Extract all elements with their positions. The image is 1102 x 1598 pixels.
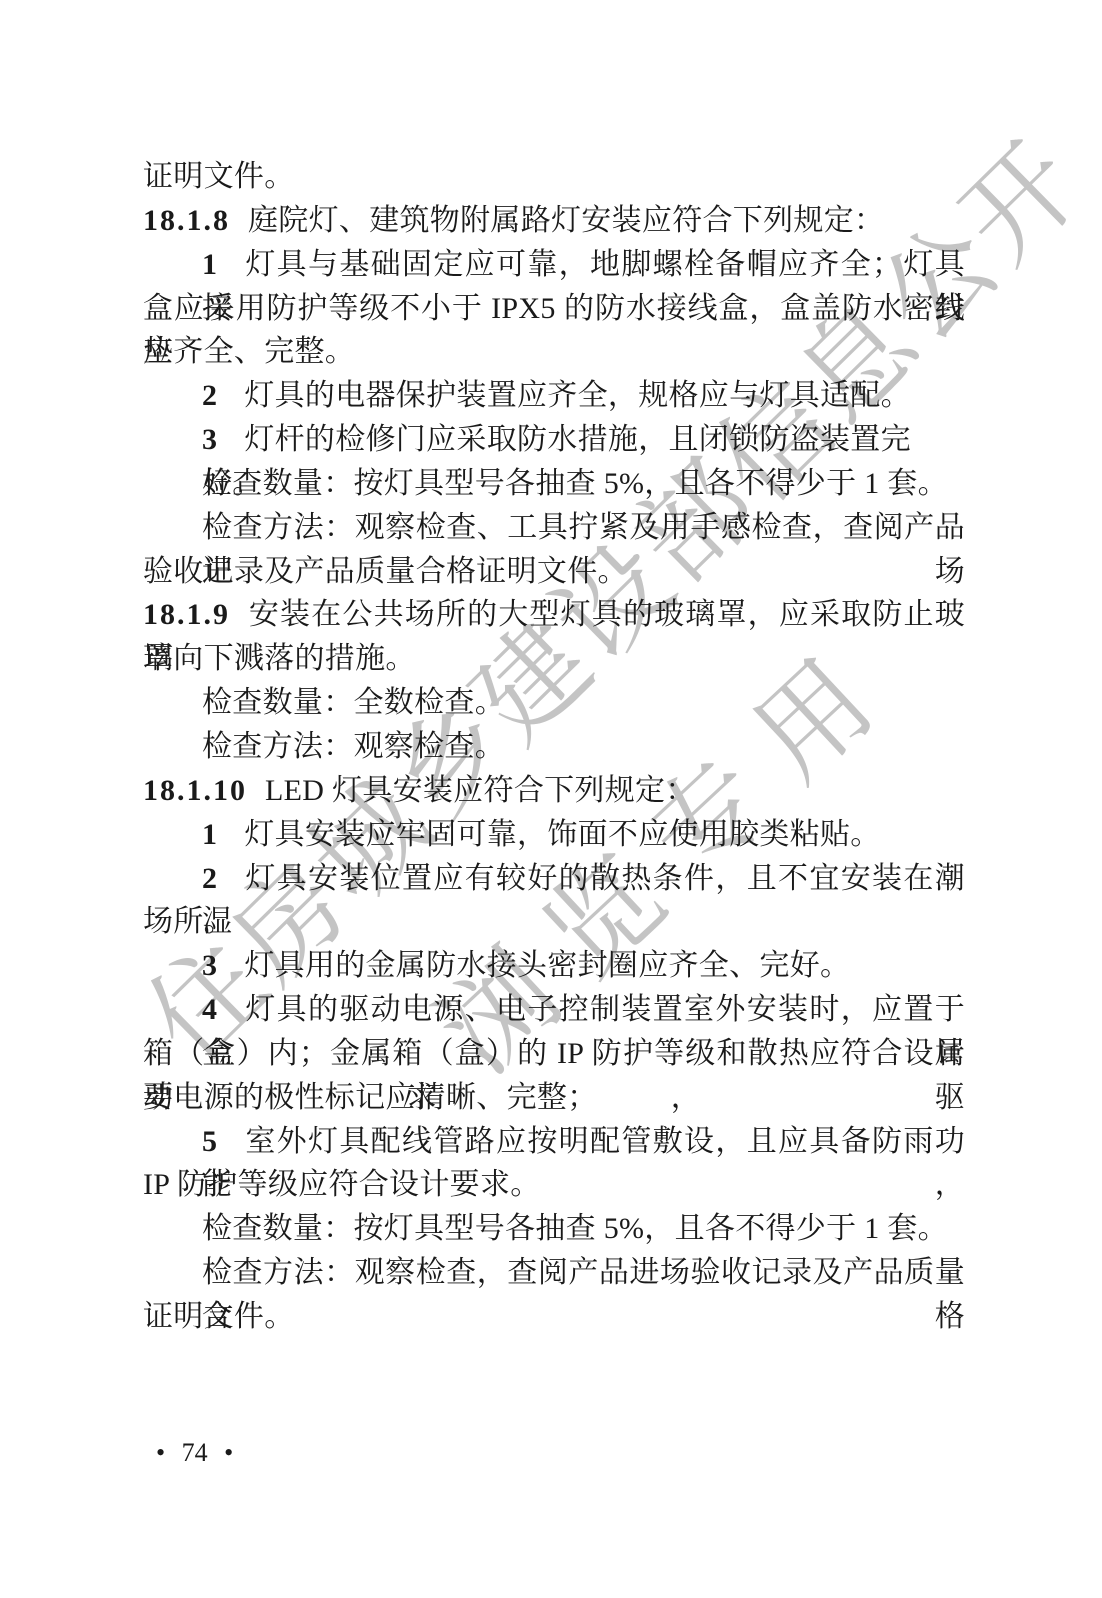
- text-line: 检查方法：观察检查、工具拧紧及用手感检查，查阅产品进场: [143, 506, 965, 550]
- text-line: 盒应采用防护等级不小于 IPX5 的防水接线盒，盒盖防水密封垫: [143, 287, 965, 331]
- item-line: 5室外灯具配线管路应按明配管敷设，且应具备防雨功能，: [143, 1120, 965, 1164]
- line-text: 灯具的电器保护装置应齐全，规格应与灯具适配。: [244, 379, 911, 412]
- line-text: 检查方法：观察检查，查阅产品进场验收记录及产品质量合格: [202, 1256, 965, 1333]
- text-line: 检查数量：全数检查。: [143, 681, 965, 725]
- line-text: 检查方法：观察检查。: [202, 730, 505, 763]
- text-line: 检查数量：按灯具型号各抽查 5%，且各不得少于 1 套。: [143, 1207, 965, 1251]
- line-text: 检查数量：按灯具型号各抽查 5%，且各不得少于 1 套。: [202, 467, 948, 500]
- text-line: 检查方法：观察检查。: [143, 725, 965, 769]
- item-number: 3: [202, 423, 217, 456]
- text-line: 箱（盒）内；金属箱（盒）的 IP 防护等级和散热应符合设计要求，驱: [143, 1032, 965, 1076]
- section-number: 18.1.10: [143, 774, 247, 807]
- item-number: 2: [202, 862, 217, 895]
- item-line: 1灯具安装应牢固可靠，饰面不应使用胶类粘贴。: [143, 813, 965, 857]
- item-line: 2灯具的电器保护装置应齐全，规格应与灯具适配。: [143, 374, 965, 418]
- text-line: 应齐全、完整。: [143, 330, 965, 374]
- line-text: 场所。: [143, 905, 234, 938]
- body-text: 证明文件。18.1.8庭院灯、建筑物附属路灯安装应符合下列规定：1灯具与基础固定…: [143, 155, 965, 1339]
- line-text: 证明文件。: [143, 160, 295, 193]
- line-text: 罩向下溅落的措施。: [143, 642, 416, 675]
- text-line: 罩向下溅落的措施。: [143, 637, 965, 681]
- text-line: 检查数量：按灯具型号各抽查 5%，且各不得少于 1 套。: [143, 462, 965, 506]
- line-text: 证明文件。: [143, 1300, 295, 1333]
- section-number: 18.1.8: [143, 204, 230, 237]
- line-text: 验收记录及产品质量合格证明文件。: [143, 555, 628, 588]
- item-number: 1: [202, 818, 217, 851]
- line-text: 灯具用的金属防水接头密封圈应齐全、完好。: [244, 949, 850, 982]
- document-page: 住房城乡建设部信息公开 浏览专用 证明文件。18.1.8庭院灯、建筑物附属路灯安…: [0, 0, 1102, 1598]
- line-text: 检查数量：全数检查。: [202, 686, 505, 719]
- section-line: 18.1.10LED 灯具安装应符合下列规定：: [143, 769, 965, 813]
- item-number: 5: [202, 1125, 217, 1158]
- line-text: 庭院灯、建筑物附属路灯安装应符合下列规定：: [248, 204, 884, 237]
- item-number: 3: [202, 949, 217, 982]
- item-line: 2灯具安装位置应有较好的散热条件，且不宜安装在潮湿: [143, 857, 965, 901]
- item-line: 1灯具与基础固定应可靠，地脚螺栓备帽应齐全；灯具接线: [143, 243, 965, 287]
- item-number: 4: [202, 993, 217, 1026]
- item-number: 2: [202, 379, 217, 412]
- line-text: 检查数量：按灯具型号各抽查 5%，且各不得少于 1 套。: [202, 1212, 948, 1245]
- line-text: IP 防护等级应符合设计要求。: [143, 1168, 541, 1201]
- line-text: 灯具安装应牢固可靠，饰面不应使用胶类粘贴。: [244, 818, 880, 851]
- text-line: 场所。: [143, 900, 965, 944]
- line-text: LED 灯具安装应符合下列规定：: [265, 774, 696, 807]
- item-line: 3灯杆的检修门应采取防水措施，且闭锁防盗装置完好。: [143, 418, 965, 462]
- text-line: 检查方法：观察检查，查阅产品进场验收记录及产品质量合格: [143, 1251, 965, 1295]
- section-line: 18.1.9安装在公共场所的大型灯具的玻璃罩，应采取防止玻璃: [143, 593, 965, 637]
- section-line: 18.1.8庭院灯、建筑物附属路灯安装应符合下列规定：: [143, 199, 965, 243]
- line-text: 动电源的极性标记应清晰、完整；: [143, 1081, 598, 1114]
- item-line: 4灯具的驱动电源、电子控制装置室外安装时，应置于金属: [143, 988, 965, 1032]
- item-line: 3灯具用的金属防水接头密封圈应齐全、完好。: [143, 944, 965, 988]
- page-number: • 74 •: [156, 1431, 233, 1475]
- line-text: 应齐全、完整。: [143, 335, 355, 368]
- text-line: 证明文件。: [143, 155, 965, 199]
- item-number: 1: [202, 248, 217, 281]
- section-number: 18.1.9: [143, 598, 230, 631]
